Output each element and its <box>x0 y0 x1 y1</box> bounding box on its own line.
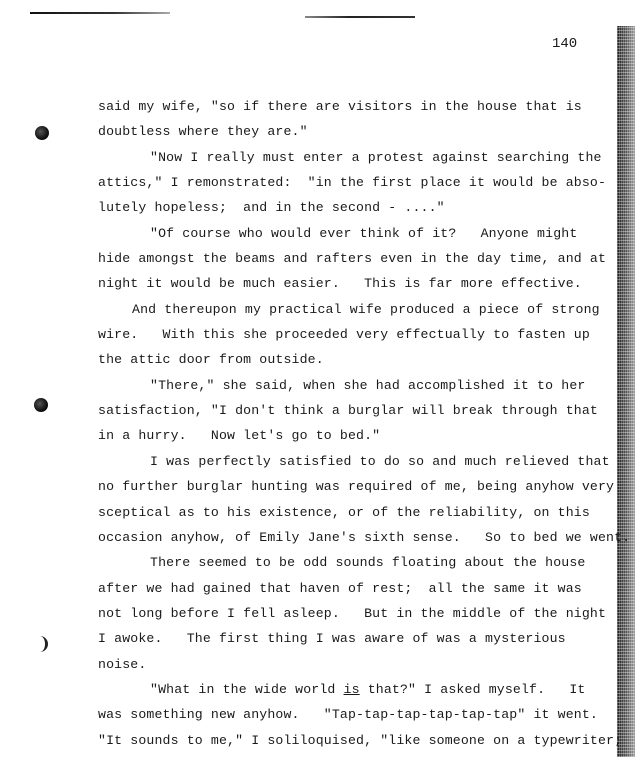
page-binding-edge <box>617 26 635 757</box>
punch-hole-icon <box>35 126 49 140</box>
text-line: And thereupon my practical wife produced… <box>98 297 618 322</box>
scan-rule-left <box>30 12 170 14</box>
text-line: after we had gained that haven of rest; … <box>98 576 618 601</box>
text-line: satisfaction, "I don't think a burglar w… <box>98 398 618 423</box>
text-line: attics," I remonstrated: "in the first p… <box>98 170 618 195</box>
punch-hole-icon <box>36 636 48 652</box>
text-line: lutely hopeless; and in the second - ...… <box>98 195 618 220</box>
text-line: occasion anyhow, of Emily Jane's sixth s… <box>98 525 618 550</box>
text-line: doubtless where they are." <box>98 119 618 144</box>
text-line: said my wife, "so if there are visitors … <box>98 94 618 119</box>
text-line: "Of course who would ever think of it? A… <box>98 221 618 246</box>
text-line: no further burglar hunting was required … <box>98 474 618 499</box>
scan-rule-right <box>305 16 415 18</box>
page-number: 140 <box>552 36 577 52</box>
text-line: There seemed to be odd sounds floating a… <box>98 550 618 575</box>
text-line: I was perfectly satisfied to do so and m… <box>98 449 618 474</box>
text-line: the attic door from outside. <box>98 347 618 372</box>
text-line: not long before I fell asleep. But in th… <box>98 601 618 626</box>
text-line: "There," she said, when she had accompli… <box>98 373 618 398</box>
text-line: wire. With this she proceeded very effec… <box>98 322 618 347</box>
text-line: was something new anyhow. "Tap-tap-tap-t… <box>98 702 618 727</box>
text-line: hide amongst the beams and rafters even … <box>98 246 618 271</box>
text-line: in a hurry. Now let's go to bed." <box>98 423 618 448</box>
punch-hole-icon <box>34 398 48 412</box>
text-segment: "What in the wide world <box>150 682 344 697</box>
text-line: night it would be much easier. This is f… <box>98 271 618 296</box>
typed-text-body: said my wife, "so if there are visitors … <box>98 94 618 753</box>
text-line: sceptical as to his existence, or of the… <box>98 500 618 525</box>
text-line: noise. <box>98 652 618 677</box>
text-line: "Now I really must enter a protest again… <box>98 145 618 170</box>
text-segment: that?" I asked myself. It <box>360 682 586 697</box>
underlined-word: is <box>344 682 360 697</box>
text-line: I awoke. The first thing I was aware of … <box>98 626 618 651</box>
text-line: "What in the wide world is that?" I aske… <box>98 677 618 702</box>
text-line: "It sounds to me," I soliloquised, "like… <box>98 728 618 753</box>
